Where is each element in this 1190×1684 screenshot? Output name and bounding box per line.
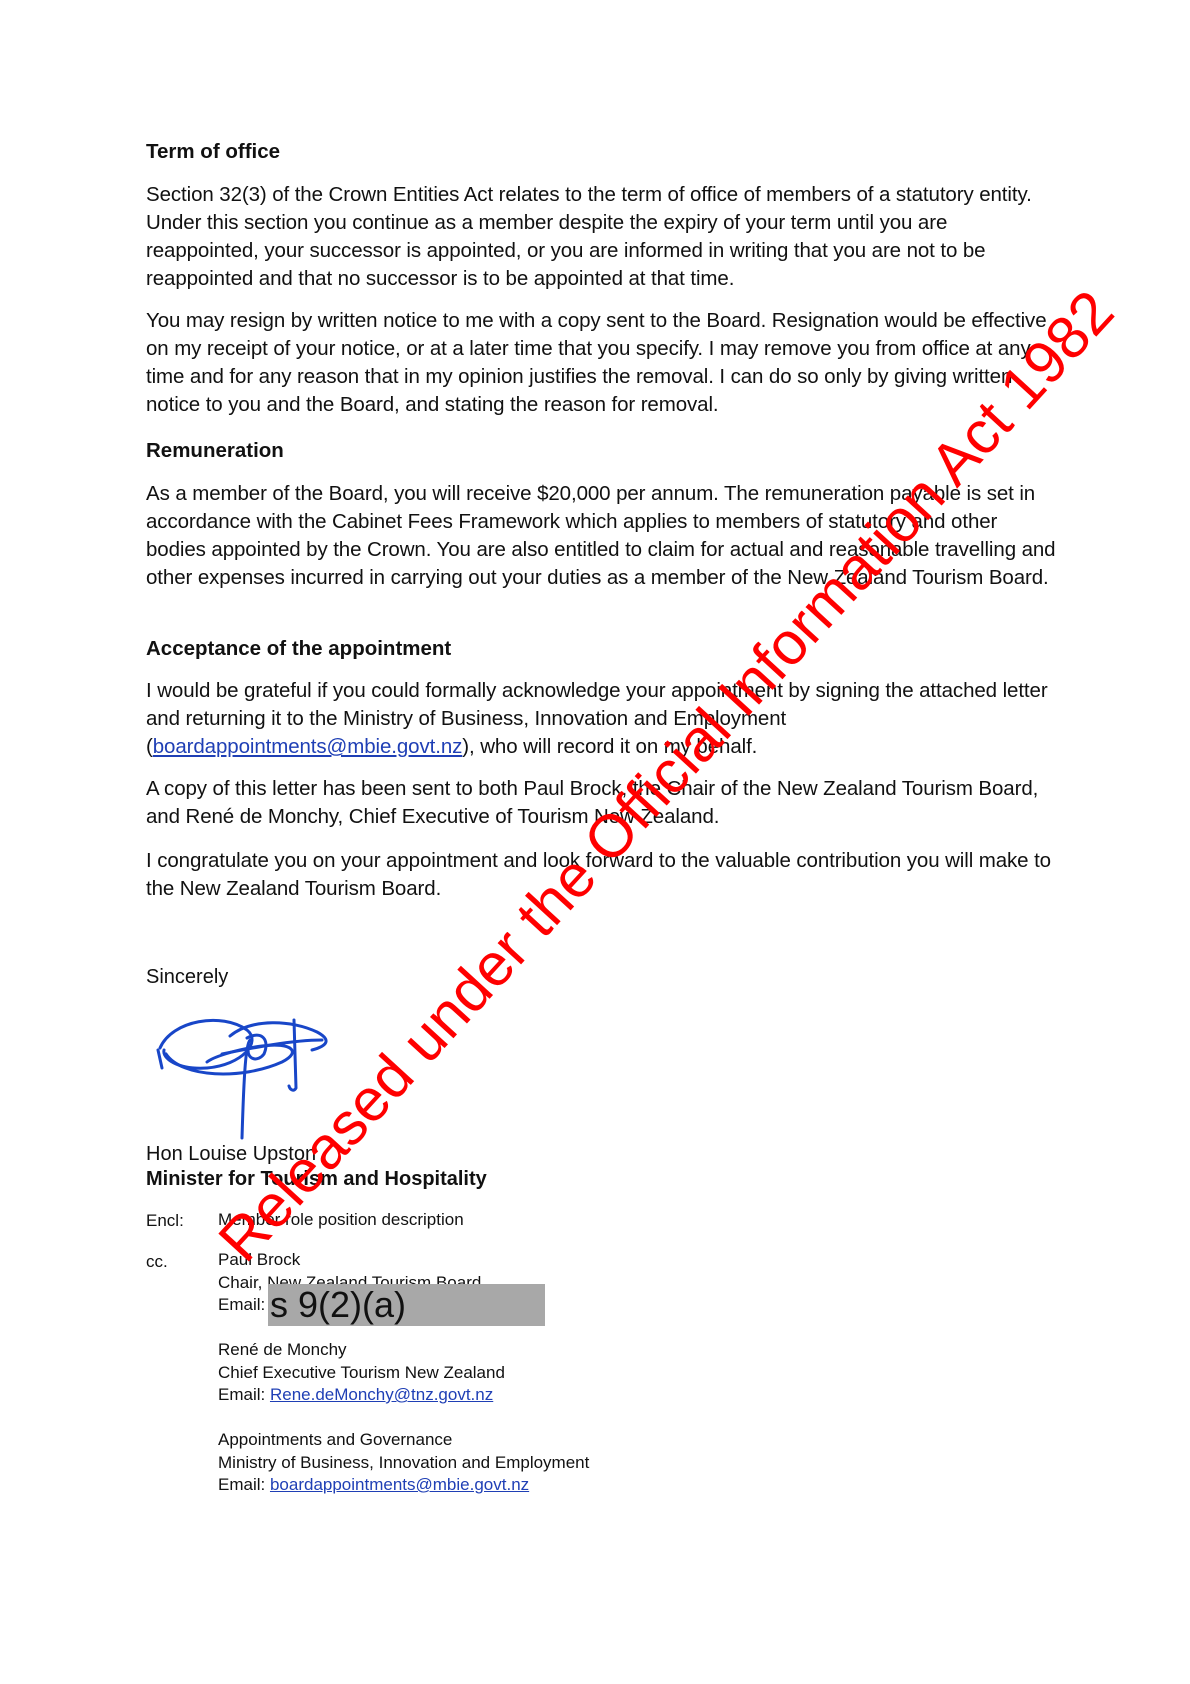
- cc-recipient-email-row: Email: boardappointments@mbie.govt.nz: [218, 1474, 589, 1497]
- heading-acceptance: Acceptance of the appointment: [146, 637, 451, 661]
- acceptance-paragraph-1: I would be grateful if you could formall…: [146, 677, 1061, 761]
- term-paragraph-2: You may resign by written notice to me w…: [146, 307, 1061, 419]
- cc-recipient-role: Ministry of Business, Innovation and Emp…: [218, 1452, 589, 1475]
- mbie-email-link-cc[interactable]: boardappointments@mbie.govt.nz: [270, 1475, 529, 1494]
- heading-remuneration: Remuneration: [146, 439, 284, 463]
- cc-recipient-name: René de Monchy: [218, 1339, 505, 1362]
- mbie-email-link[interactable]: boardappointments@mbie.govt.nz: [153, 735, 463, 758]
- enclosure-label: Encl:: [146, 1210, 184, 1233]
- cc-recipient-2: René de Monchy Chief Executive Tourism N…: [218, 1339, 505, 1407]
- heading-term-of-office: Term of office: [146, 140, 280, 164]
- cc-recipient-email-row: Email: Rene.deMonchy@tnz.govt.nz: [218, 1384, 505, 1407]
- term-paragraph-1: Section 32(3) of the Crown Entities Act …: [146, 181, 1061, 293]
- redaction-box: s 9(2)(a): [268, 1284, 545, 1326]
- cc-recipient-name: Appointments and Governance: [218, 1429, 589, 1452]
- letter-page: Term of office Section 32(3) of the Crow…: [0, 0, 1190, 1684]
- cc-recipient-3: Appointments and Governance Ministry of …: [218, 1429, 589, 1497]
- cc-label: cc.: [146, 1251, 168, 1274]
- cc-recipient-role: Chief Executive Tourism New Zealand: [218, 1362, 505, 1385]
- valediction: Sincerely: [146, 966, 228, 989]
- tnz-email-link[interactable]: Rene.deMonchy@tnz.govt.nz: [270, 1385, 493, 1404]
